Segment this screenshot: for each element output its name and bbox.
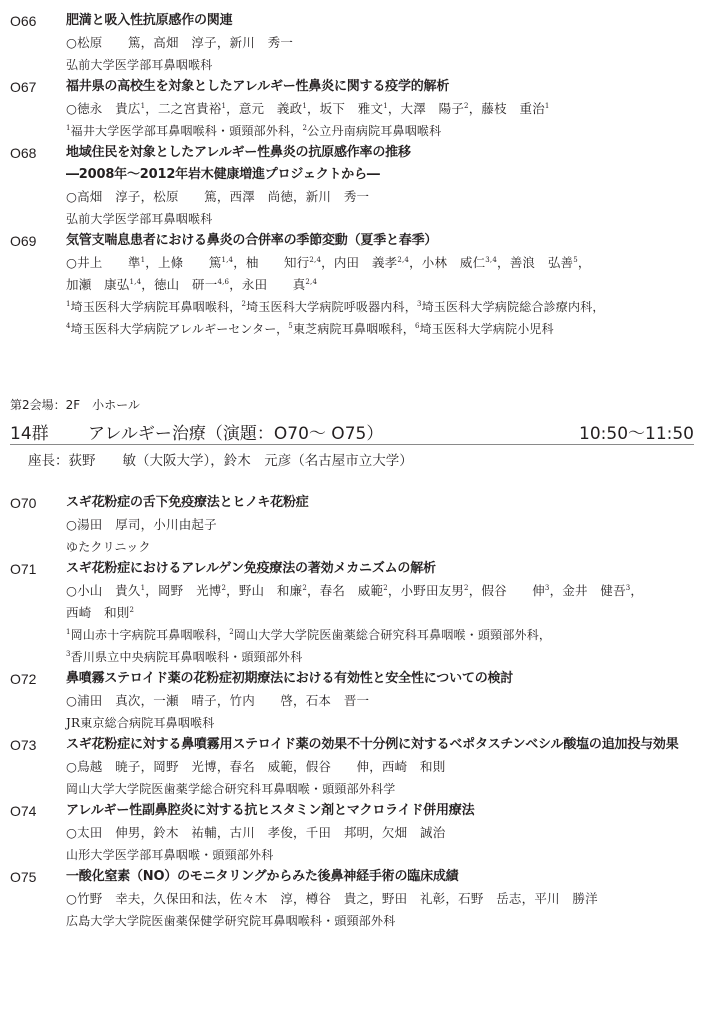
abstract-body: 福井県の高校生を対象としたアレルギー性鼻炎に関する疫学的解析○徳永 貴広1，二之… (66, 76, 708, 142)
abstract-code: O67 (10, 76, 36, 98)
abstract-body: アレルギー性副鼻腔炎に対する抗ヒスタミン剤とマクロライド併用療法○太田 伸男，鈴… (66, 800, 708, 866)
author-line: ○井上 準1，上條 篤1,4，柚 知行2,4，内田 義孝2,4，小林 威仁3,4… (66, 252, 708, 274)
abstract-entry: O67福井県の高校生を対象としたアレルギー性鼻炎に関する疫学的解析○徳永 貴広1… (0, 76, 708, 142)
session-time: 10:50～11:50 (579, 419, 694, 444)
abstract-entry: O75一酸化窒素（NO）のモニタリングからみた後鼻神経手術の臨床成績○竹野 幸夫… (0, 866, 708, 932)
abstract-list-top: O66肥満と吸入性抗原感作の関連○松原 篤，高畑 淳子，新川 秀一弘前大学医学部… (0, 10, 708, 340)
author-name: ，金井 健吾 (550, 583, 626, 598)
affiliation-text: 岡山大学大学院医歯薬総合研究科耳鼻咽喉・頭頸部外科， (234, 628, 551, 642)
affiliation-number: 3,4 (485, 256, 497, 264)
author-name: ，小野田友男 (388, 583, 464, 598)
author-name: ，石本 晋一 (293, 693, 369, 708)
abstract-title: ―2008年～2012年岩木健康増進プロジェクトから― (66, 164, 708, 186)
author-name: ，春名 威範 (307, 583, 383, 598)
author-name: ○鳥越 暁子 (66, 759, 141, 774)
affiliation-line: 1岡山赤十字病院耳鼻咽喉科，2岡山大学大学院医歯薬総合研究科耳鼻咽喉・頭頸部外科… (66, 624, 708, 646)
abstract-entry: O74アレルギー性副鼻腔炎に対する抗ヒスタミン剤とマクロライド併用療法○太田 伸… (0, 800, 708, 866)
abstract-title: スギ花粉症におけるアレルゲン免疫療法の著効メカニズムの解析 (66, 558, 708, 580)
session-header: 14群 アレルギー治療（演題：O70～ O75） 10:50～11:50 (10, 416, 694, 445)
author-line: 西崎 和則2 (66, 602, 708, 624)
author-name: ，岡野 光博 (141, 759, 217, 774)
author-name: 西崎 和則 (66, 605, 130, 620)
abstract-title: 地域住民を対象としたアレルギー性鼻炎の抗原感作率の推移 (66, 142, 708, 164)
affiliation-line: 1福井大学医学部耳鼻咽喉科・頭頸部外科，2公立丹南病院耳鼻咽喉科 (66, 120, 708, 142)
author-line: ○竹野 幸夫，久保田和法，佐々木 淳，樽谷 貴之，野田 礼彰，石野 岳志，平川 … (66, 888, 708, 910)
author-name: 加瀬 康弘 (66, 277, 130, 292)
abstract-entry: O69気管支喘息患者における鼻炎の合併率の季節変動（夏季と春季）○井上 準1，上… (0, 230, 708, 340)
abstract-body: 肥満と吸入性抗原感作の関連○松原 篤，高畑 淳子，新川 秀一弘前大学医学部耳鼻咽… (66, 10, 708, 76)
abstract-code: O72 (10, 668, 36, 690)
affiliation-number: 1 (545, 102, 550, 110)
affiliation-text: 埼玉医科大学病院総合診療内科， (422, 300, 605, 314)
author-name: ，假谷 伸 (293, 759, 369, 774)
author-name: ，新川 秀一 (293, 189, 369, 204)
affiliation-text: 岡山大学大学院医歯薬学総合研究科耳鼻咽喉・頭頸部外科学 (66, 782, 395, 796)
author-line: 加瀬 康弘1,4，徳山 研一4,6，永田 真2,4 (66, 274, 708, 296)
abstract-body: 鼻噴霧ステロイド薬の花粉症初期療法における有効性と安全性についての検討○浦田 真… (66, 668, 708, 734)
author-name: ，高畑 淳子 (141, 35, 217, 50)
author-name: ，藤枝 重治 (469, 101, 545, 116)
author-name: ，新川 秀一 (217, 35, 293, 50)
author-name: ，善浪 弘善 (497, 255, 573, 270)
author-name: ，内田 義孝 (321, 255, 397, 270)
author-name: ， (578, 255, 591, 270)
abstract-body: スギ花粉症に対する鼻噴霧用ステロイド薬の効果不十分例に対するベポタスチンベシル酸… (66, 734, 708, 800)
abstract-list-bottom: O70スギ花粉症の舌下免疫療法とヒノキ花粉症○湯田 厚司，小川由起子ゆたクリニッ… (0, 492, 708, 932)
abstract-body: スギ花粉症におけるアレルゲン免疫療法の著効メカニズムの解析○小山 貴久1，岡野 … (66, 558, 708, 668)
author-name: ，鈴木 祐輔 (141, 825, 217, 840)
affiliation-number: 4,6 (217, 278, 229, 286)
affiliation-line: ゆたクリニック (66, 536, 708, 558)
author-name: ，西澤 尚徳 (217, 189, 293, 204)
affiliation-text: 福井大学医学部耳鼻咽喉科・頭頸部外科， (71, 124, 303, 138)
abstract-code: O66 (10, 10, 36, 32)
abstract-body: スギ花粉症の舌下免疫療法とヒノキ花粉症○湯田 厚司，小川由起子ゆたクリニック (66, 492, 708, 558)
abstract-title: 気管支喘息患者における鼻炎の合併率の季節変動（夏季と春季） (66, 230, 708, 252)
abstract-code: O68 (10, 142, 36, 164)
author-name: ，意元 義政 (226, 101, 302, 116)
author-line: ○徳永 貴広1，二之宮貴裕1，意元 義政1，坂下 雅文1，大澤 陽子2，藤枝 重… (66, 98, 708, 120)
author-line: ○鳥越 暁子，岡野 光博，春名 威範，假谷 伸，西崎 和則 (66, 756, 708, 778)
author-name: ，上條 篤 (145, 255, 221, 270)
affiliation-number: 2,4 (397, 256, 409, 264)
abstract-code: O75 (10, 866, 36, 888)
author-name: ，久保田和法 (141, 891, 217, 906)
session-group: 14群 (10, 419, 49, 444)
affiliation-number: 1,4 (130, 278, 142, 286)
author-line: ○浦田 真次，一瀬 晴子，竹内 啓，石本 晋一 (66, 690, 708, 712)
author-name: ，永田 真 (229, 277, 305, 292)
session-title: アレルギー治療（演題：O70～ O75） (88, 419, 383, 444)
abstract-entry: O71スギ花粉症におけるアレルゲン免疫療法の著効メカニズムの解析○小山 貴久1，… (0, 558, 708, 668)
author-name: ，樽谷 貴之 (293, 891, 369, 906)
abstract-code: O73 (10, 734, 36, 756)
affiliation-text: 弘前大学医学部耳鼻咽喉科 (66, 212, 212, 226)
abstract-code: O70 (10, 492, 36, 514)
affiliation-line: 岡山大学大学院医歯薬学総合研究科耳鼻咽喉・頭頸部外科学 (66, 778, 708, 800)
author-name: ○井上 準 (66, 255, 141, 270)
author-line: ○高畑 淳子，松原 篤，西澤 尚徳，新川 秀一 (66, 186, 708, 208)
author-line: ○松原 篤，高畑 淳子，新川 秀一 (66, 32, 708, 54)
affiliation-text: 香川県立中央病院耳鼻咽喉科・頭頸部外科 (71, 650, 303, 664)
author-name: ，野田 礼彰 (369, 891, 445, 906)
affiliation-number: 2 (130, 606, 135, 614)
author-name: ○徳永 貴広 (66, 101, 141, 116)
abstract-title: 一酸化窒素（NO）のモニタリングからみた後鼻神経手術の臨床成績 (66, 866, 708, 888)
abstract-title: アレルギー性副鼻腔炎に対する抗ヒスタミン剤とマクロライド併用療法 (66, 800, 708, 822)
author-name: ， (630, 583, 643, 598)
abstract-entry: O68地域住民を対象としたアレルギー性鼻炎の抗原感作率の推移―2008年～201… (0, 142, 708, 230)
author-name: ，二之宮貴裕 (145, 101, 221, 116)
author-line: ○小山 貴久1，岡野 光博2，野山 和廉2，春名 威範2，小野田友男2，假谷 伸… (66, 580, 708, 602)
author-name: ，佐々木 淳 (217, 891, 293, 906)
affiliation-text: 埼玉医科大学病院小児科 (420, 322, 554, 336)
abstract-title: 鼻噴霧ステロイド薬の花粉症初期療法における有効性と安全性についての検討 (66, 668, 708, 690)
affiliation-line: 弘前大学医学部耳鼻咽喉科 (66, 208, 708, 230)
author-name: ，一瀬 晴子 (141, 693, 217, 708)
author-name: ，春名 威範 (217, 759, 293, 774)
author-name: ，小川由起子 (141, 517, 217, 532)
author-name: ○高畑 淳子 (66, 189, 141, 204)
affiliation-line: 弘前大学医学部耳鼻咽喉科 (66, 54, 708, 76)
author-name: ，岡野 光博 (145, 583, 221, 598)
author-name: ，松原 篤 (141, 189, 217, 204)
abstract-title: スギ花粉症の舌下免疫療法とヒノキ花粉症 (66, 492, 708, 514)
author-name: ，西崎 和則 (369, 759, 445, 774)
affiliation-line: 山形大学医学部耳鼻咽喉・頭頸部外科 (66, 844, 708, 866)
abstract-body: 気管支喘息患者における鼻炎の合併率の季節変動（夏季と春季）○井上 準1，上條 篤… (66, 230, 708, 340)
author-name: ，柚 知行 (233, 255, 309, 270)
affiliation-text: 広島大学大学院医歯薬保健学研究院耳鼻咽喉科・頭頸部外科 (66, 914, 395, 928)
author-name: ，坂下 雅文 (307, 101, 383, 116)
abstract-entry: O66肥満と吸入性抗原感作の関連○松原 篤，高畑 淳子，新川 秀一弘前大学医学部… (0, 10, 708, 76)
affiliation-text: 弘前大学医学部耳鼻咽喉科 (66, 58, 212, 72)
affiliation-text: JR東京総合病院耳鼻咽喉科 (66, 716, 214, 730)
author-name: ，假谷 伸 (469, 583, 545, 598)
abstract-entry: O73スギ花粉症に対する鼻噴霧用ステロイド薬の効果不十分例に対するベポタスチンベ… (0, 734, 708, 800)
abstract-title: スギ花粉症に対する鼻噴霧用ステロイド薬の効果不十分例に対するベポタスチンベシル酸… (66, 734, 698, 756)
affiliation-number: 2,4 (305, 278, 317, 286)
affiliation-text: 山形大学医学部耳鼻咽喉・頭頸部外科 (66, 848, 273, 862)
abstract-body: 地域住民を対象としたアレルギー性鼻炎の抗原感作率の推移―2008年～2012年岩… (66, 142, 708, 230)
affiliation-line: 4埼玉医科大学病院アレルギーセンター，5東芝病院耳鼻咽喉科，6埼玉医科大学病院小… (66, 318, 708, 340)
affiliation-line: 3香川県立中央病院耳鼻咽喉科・頭頸部外科 (66, 646, 708, 668)
author-name: ，野山 和廉 (226, 583, 302, 598)
author-name: ，竹内 啓 (217, 693, 293, 708)
affiliation-text: 公立丹南病院耳鼻咽喉科 (307, 124, 441, 138)
abstract-title: 福井県の高校生を対象としたアレルギー性鼻炎に関する疫学的解析 (66, 76, 708, 98)
abstract-code: O71 (10, 558, 36, 580)
author-line: ○太田 伸男，鈴木 祐輔，古川 孝俊，千田 邦明，欠畑 誠治 (66, 822, 708, 844)
affiliation-text: 岡山赤十字病院耳鼻咽喉科， (71, 628, 230, 642)
author-name: ，徳山 研一 (141, 277, 217, 292)
session-chairs: 座長：荻野 敏（大阪大学），鈴木 元彦（名古屋市立大学） (28, 451, 413, 471)
author-name: ○小山 貴久 (66, 583, 141, 598)
affiliation-text: 埼玉医科大学病院耳鼻咽喉科， (71, 300, 242, 314)
author-name: ，小林 威仁 (409, 255, 485, 270)
affiliation-line: 広島大学大学院医歯薬保健学研究院耳鼻咽喉科・頭頸部外科 (66, 910, 708, 932)
affiliation-text: 埼玉医科大学病院アレルギーセンター， (71, 322, 289, 336)
author-name: ○湯田 厚司 (66, 517, 141, 532)
author-name: ，古川 孝俊 (217, 825, 293, 840)
abstract-code: O69 (10, 230, 36, 252)
author-name: ○竹野 幸夫 (66, 891, 141, 906)
author-name: ，石野 岳志 (445, 891, 521, 906)
abstract-body: 一酸化窒素（NO）のモニタリングからみた後鼻神経手術の臨床成績○竹野 幸夫，久保… (66, 866, 708, 932)
author-name: ○浦田 真次 (66, 693, 141, 708)
author-name: ，平川 勝洋 (522, 891, 598, 906)
affiliation-line: JR東京総合病院耳鼻咽喉科 (66, 712, 708, 734)
author-name: ，欠畑 誠治 (369, 825, 445, 840)
affiliation-text: ゆたクリニック (66, 540, 151, 554)
abstract-entry: O72鼻噴霧ステロイド薬の花粉症初期療法における有効性と安全性についての検討○浦… (0, 668, 708, 734)
abstract-code: O74 (10, 800, 36, 822)
affiliation-line: 1埼玉医科大学病院耳鼻咽喉科，2埼玉医科大学病院呼吸器内科，3埼玉医科大学病院総… (66, 296, 708, 318)
session-room: 第2会場：2F 小ホール (10, 397, 140, 413)
affiliation-number: 2,4 (309, 256, 321, 264)
author-name: ，大澤 陽子 (388, 101, 464, 116)
author-name: ○松原 篤 (66, 35, 141, 50)
author-name: ○太田 伸男 (66, 825, 141, 840)
affiliation-text: 東芝病院耳鼻咽喉科， (293, 322, 415, 336)
author-name: ，千田 邦明 (293, 825, 369, 840)
affiliation-number: 1,4 (221, 256, 233, 264)
abstract-entry: O70スギ花粉症の舌下免疫療法とヒノキ花粉症○湯田 厚司，小川由起子ゆたクリニッ… (0, 492, 708, 558)
author-line: ○湯田 厚司，小川由起子 (66, 514, 708, 536)
abstract-title: 肥満と吸入性抗原感作の関連 (66, 10, 708, 32)
affiliation-text: 埼玉医科大学病院呼吸器内科， (246, 300, 417, 314)
